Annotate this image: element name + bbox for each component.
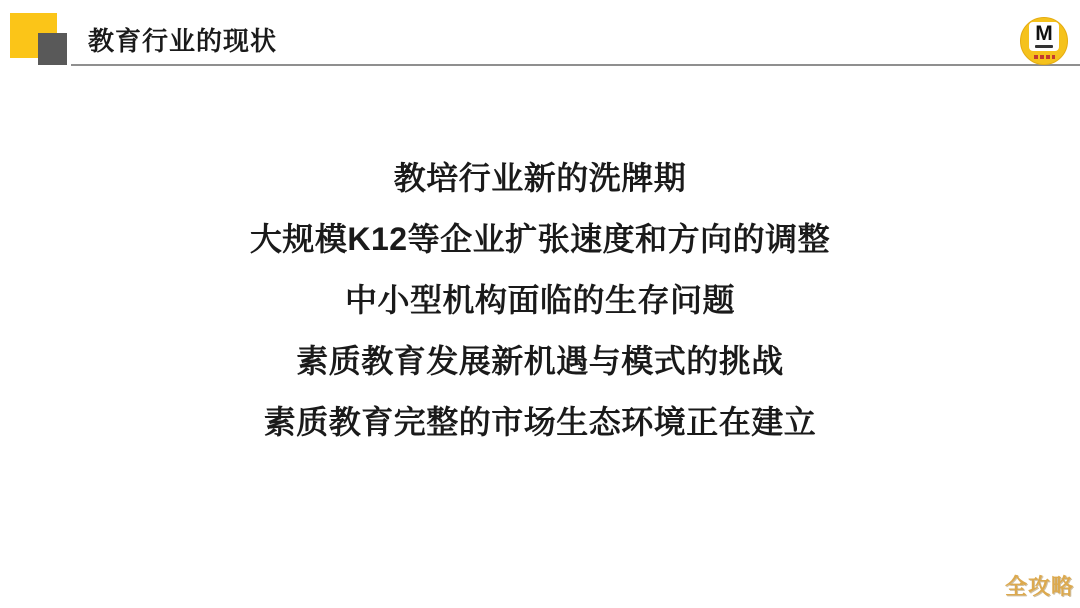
page-title: 教育行业的现状 (88, 27, 277, 55)
watermark: 全攻略 (1005, 570, 1074, 601)
brand-logo: M (1020, 17, 1068, 65)
statement-line-5: 素质教育完整的市场生态环境正在建立 (0, 392, 1080, 453)
logo-letter: M (1029, 22, 1059, 45)
statement-line-4: 素质教育发展新机遇与模式的挑战 (0, 331, 1080, 392)
statement-list: 教培行业新的洗牌期 大规模K12等企业扩张速度和方向的调整 中小型机构面临的生存… (0, 148, 1080, 453)
statement-line-2: 大规模K12等企业扩张速度和方向的调整 (0, 209, 1080, 270)
accent-gray-square (38, 33, 67, 65)
header-divider (71, 64, 1080, 66)
logo-subtext-mark (1035, 45, 1053, 48)
slide: 教育行业的现状 M 教培行业新的洗牌期 大规模K12等企业扩张速度和方向的调整 … (0, 0, 1080, 608)
logo-badge: M (1029, 22, 1059, 51)
statement-line-3: 中小型机构面临的生存问题 (0, 270, 1080, 331)
logo-red-text-mark (1034, 55, 1055, 59)
statement-line-1: 教培行业新的洗牌期 (0, 148, 1080, 209)
